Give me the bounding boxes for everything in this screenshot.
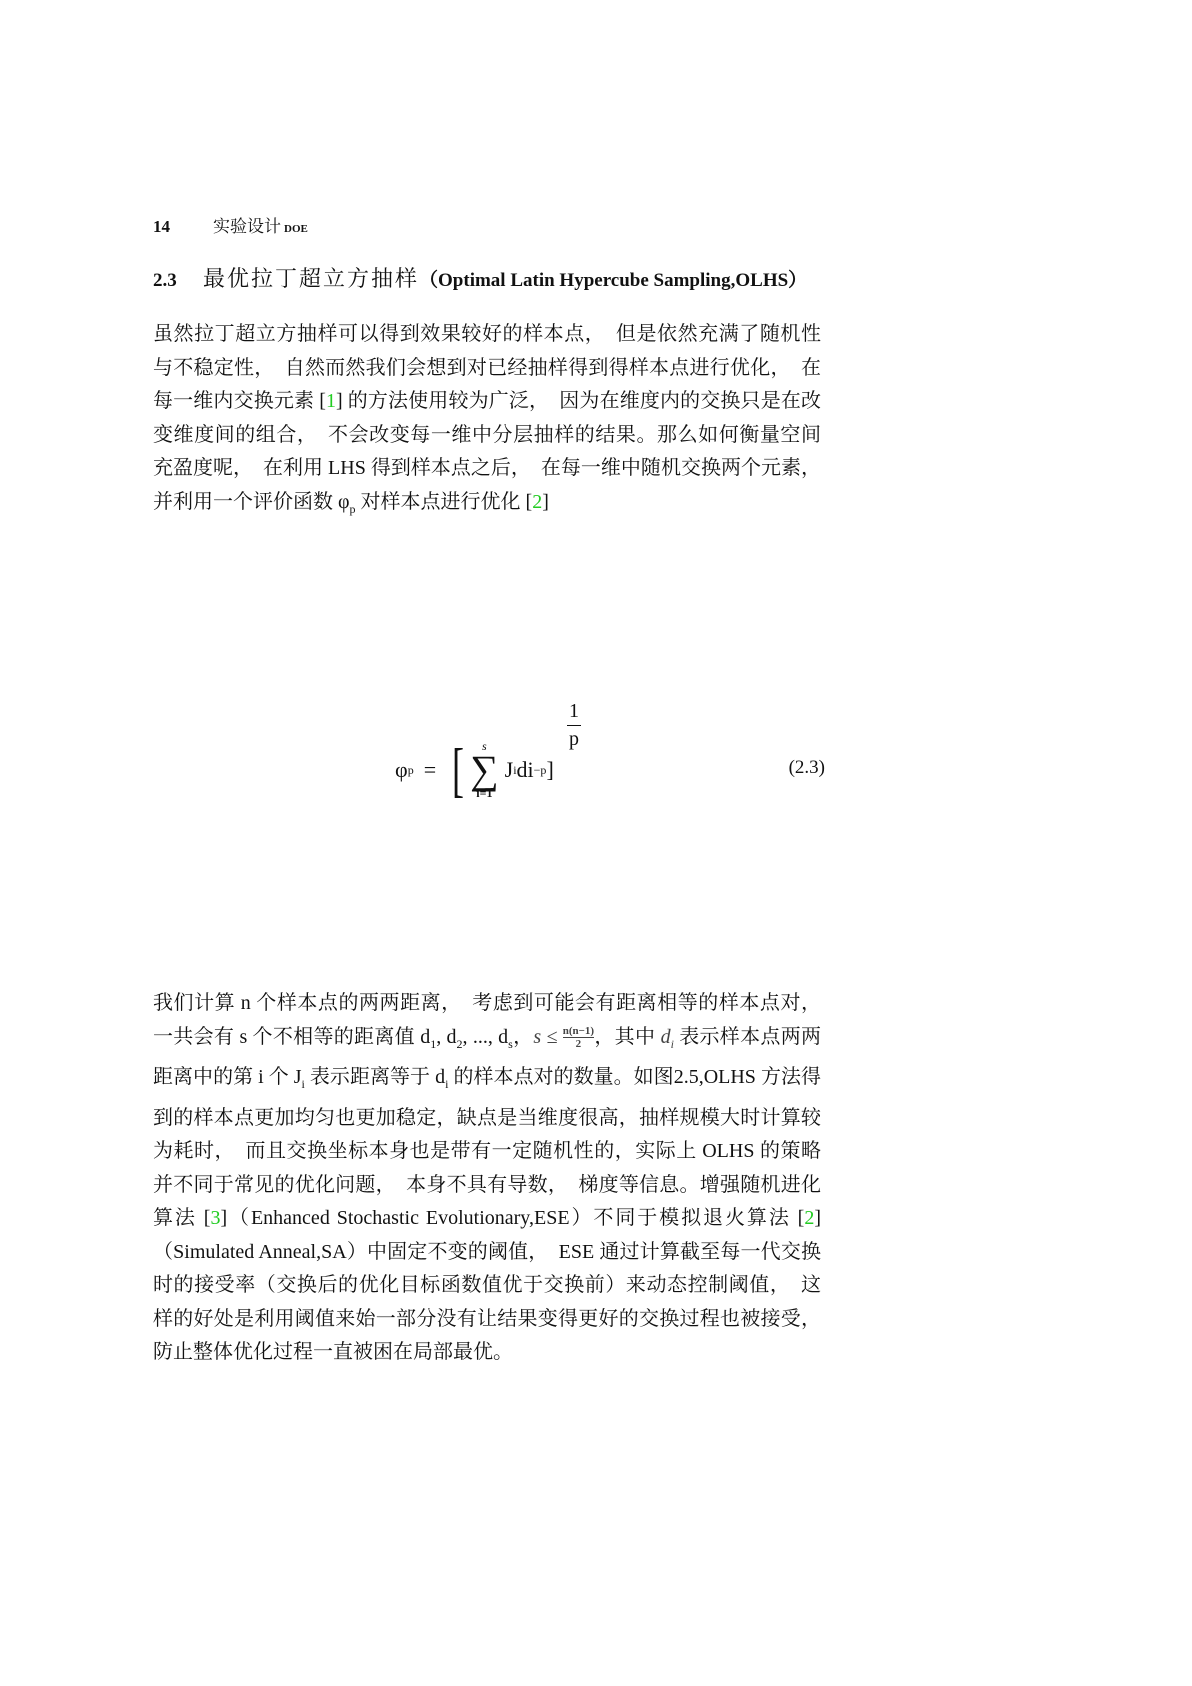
citation-link[interactable]: 2 bbox=[804, 1207, 814, 1229]
term: J bbox=[505, 757, 514, 783]
term: di bbox=[517, 757, 534, 783]
text: ， bbox=[513, 1026, 534, 1048]
equation-body: φp = [ s ∑ i=1 Jidi−p] bbox=[395, 740, 554, 800]
running-head: 14 实验设计 DOE bbox=[153, 212, 308, 237]
text: ]（Enhanced Stochastic Evolutionary,ESE）不… bbox=[220, 1207, 804, 1229]
fraction-denominator: p bbox=[569, 728, 579, 751]
citation-link[interactable]: 3 bbox=[210, 1207, 220, 1229]
equals-sign: = bbox=[424, 757, 436, 783]
phi-symbol: φ bbox=[395, 757, 408, 783]
sum-lower-limit: i=1 bbox=[476, 788, 492, 799]
text: ，其中 bbox=[594, 1026, 660, 1048]
fraction-denominator: 2 bbox=[576, 1038, 582, 1050]
running-head-title: 实验设计 bbox=[213, 212, 281, 237]
left-bracket: [ bbox=[452, 740, 464, 800]
fraction-bar bbox=[567, 725, 581, 726]
citation-link[interactable]: 2 bbox=[532, 491, 542, 513]
equation-number: (2.3) bbox=[789, 757, 825, 779]
fraction-numerator: 1 bbox=[569, 700, 579, 723]
sigma-icon: ∑ bbox=[470, 752, 499, 788]
paragraph-olhs: 我们计算 n 个样本点的两两距离， 考虑到可能会有距离相等的样本点对，一共会有 … bbox=[153, 987, 821, 1370]
math-var: d bbox=[661, 1026, 671, 1048]
equation-2-3: φp = [ s ∑ i=1 Jidi−p] 1 p (2.3) bbox=[395, 700, 825, 810]
running-head-suffix: DOE bbox=[284, 223, 308, 235]
exponent-fraction: 1 p bbox=[567, 700, 581, 751]
page-number: 14 bbox=[153, 217, 213, 237]
text: 的样本点对的数量。如图2.5,OLHS 方法得到的样本点更加均匀也更加稳定，缺点… bbox=[153, 1066, 821, 1229]
text: , d bbox=[436, 1026, 456, 1048]
subscript: p bbox=[408, 763, 414, 778]
summation: s ∑ i=1 bbox=[470, 741, 499, 799]
inline-fraction: n(n−1)2 bbox=[563, 1025, 594, 1050]
citation-link[interactable]: 1 bbox=[326, 390, 336, 412]
superscript: −p bbox=[534, 763, 547, 778]
text: ] bbox=[542, 491, 549, 513]
text: 对样本点进行优化 [ bbox=[356, 491, 533, 513]
section-title-zh: 最优拉丁超立方抽样 bbox=[203, 262, 419, 293]
fraction-numerator: n(n−1) bbox=[563, 1025, 594, 1038]
paragraph-intro: 虽然拉丁超立方抽样可以得到效果较好的样本点， 但是依然充满了随机性与不稳定性， … bbox=[153, 318, 821, 526]
inequality: s ≤ bbox=[533, 1026, 557, 1048]
text: ]（Simulated Anneal,SA）中固定不变的阈值， ESE 通过计算… bbox=[153, 1207, 821, 1363]
section-number: 2.3 bbox=[153, 270, 203, 292]
text: , ..., d bbox=[463, 1026, 509, 1048]
section-title-en: （Optimal Latin Hypercube Sampling,OLHS） bbox=[419, 265, 807, 292]
section-heading: 2.3 最优拉丁超立方抽样 （Optimal Latin Hypercube S… bbox=[153, 262, 807, 293]
text: 表示距离等于 d bbox=[305, 1066, 445, 1088]
right-bracket: ] bbox=[546, 757, 553, 783]
